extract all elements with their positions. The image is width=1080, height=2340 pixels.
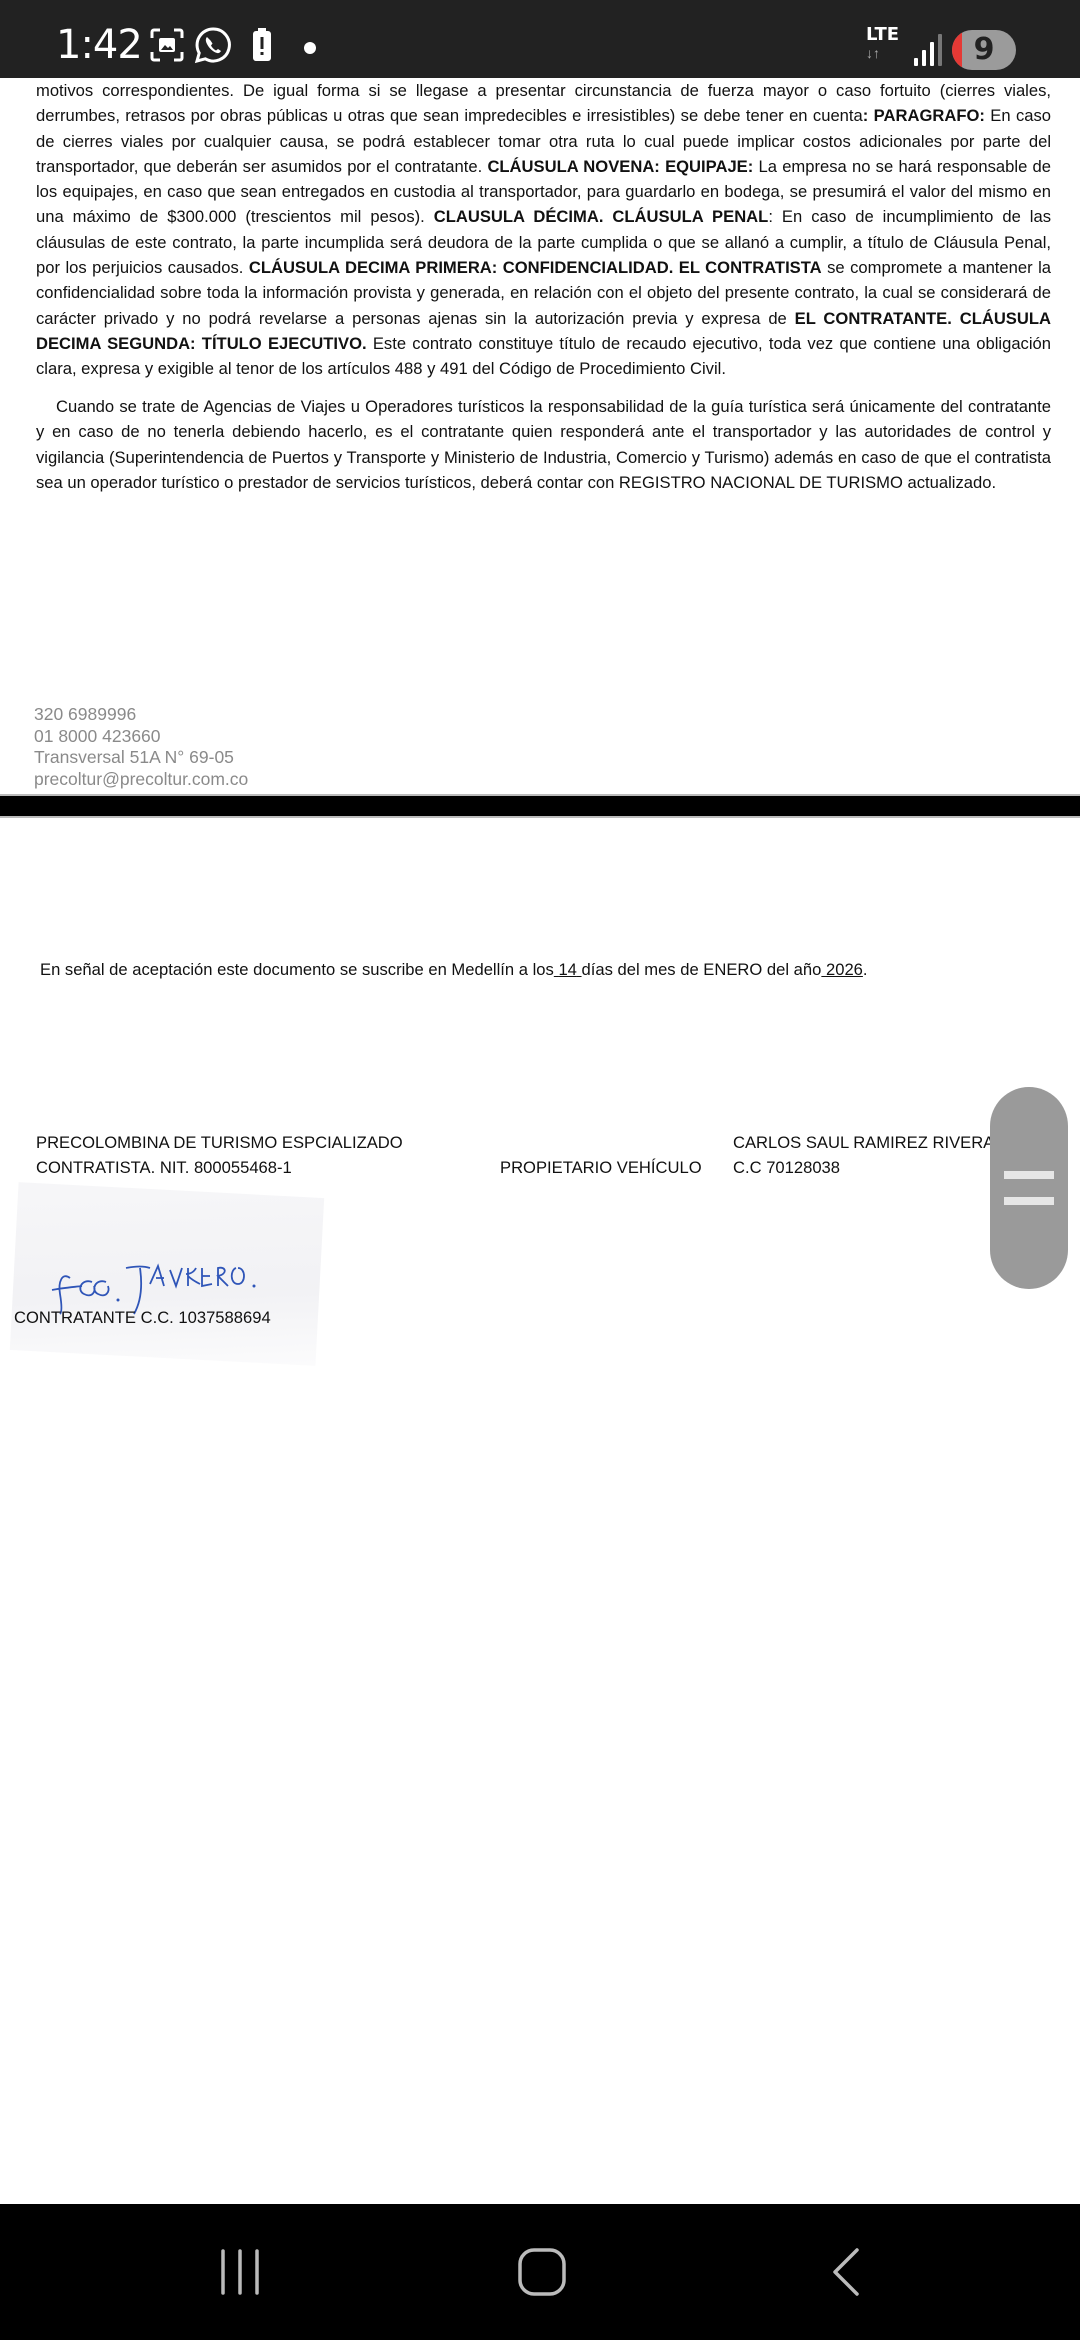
footer-phone-1: 320 6989996: [34, 704, 248, 726]
acceptance-statement: En señal de aceptación este documento se…: [40, 960, 868, 980]
tourism-paragraph: Cuando se trate de Agencias de Viajes u …: [36, 394, 1051, 495]
contratante-id: CONTRATANTE C.C. 1037588694: [14, 1308, 271, 1328]
home-button[interactable]: [502, 2242, 582, 2302]
owner-signature-block: CARLOS SAUL RAMIREZ RIVERA C.C 70128038: [733, 1130, 994, 1180]
lte-indicator: LTE ↓↑: [866, 26, 900, 70]
clause-heading: CLÁUSULA DECIMA PRIMERA: CONFIDENCIALIDA…: [249, 258, 822, 277]
notification-dot-icon: [304, 42, 316, 54]
footer-email: precoltur@precoltur.com.co: [34, 769, 248, 791]
battery-indicator: 9: [952, 30, 1016, 70]
company-contact-footer: 320 6989996 01 8000 423660 Transversal 5…: [34, 704, 248, 790]
navigation-bar: [0, 2204, 1080, 2340]
fast-scroll-handle[interactable]: [990, 1087, 1068, 1289]
footer-phone-2: 01 8000 423660: [34, 726, 248, 748]
home-icon: [517, 2247, 567, 2297]
vehicle-owner-label: PROPIETARIO VEHÍCULO: [500, 1155, 702, 1180]
acceptance-year: 2026: [821, 960, 863, 979]
status-time: 1:42: [56, 22, 142, 68]
drag-handle-icon: [1004, 1197, 1054, 1205]
recents-icon: [217, 2249, 263, 2295]
clause-heading: : PARAGRAFO:: [863, 106, 985, 125]
whatsapp-icon: [194, 26, 232, 64]
signal-icon: [912, 32, 944, 66]
document-page-1: motivos correspondientes. De igual forma…: [0, 78, 1080, 794]
clause-heading: CLAUSULA DÉCIMA. CLÁUSULA PENAL: [434, 207, 769, 226]
battery-alert-icon: [252, 28, 272, 62]
battery-percent: 9: [952, 32, 1016, 67]
acceptance-day: 14: [554, 960, 582, 979]
back-button[interactable]: [806, 2242, 886, 2302]
recents-button[interactable]: [200, 2242, 280, 2302]
screenshot-icon: [150, 28, 184, 62]
footer-address: Transversal 51A N° 69-05: [34, 747, 248, 769]
status-bar: 1:42 LTE ↓↑ 9: [0, 0, 1080, 78]
document-page-2: En señal de aceptación este documento se…: [0, 818, 1080, 2204]
clause-heading: CLÁUSULA NOVENA: EQUIPAJE:: [487, 157, 753, 176]
page-separator: [0, 794, 1080, 818]
drag-handle-icon: [1004, 1171, 1054, 1179]
back-icon: [829, 2247, 863, 2297]
clauses-paragraph: motivos correspondientes. De igual forma…: [36, 78, 1051, 382]
contractor-signature-block: PRECOLOMBINA DE TURISMO ESPCIALIZADO CON…: [36, 1130, 403, 1180]
